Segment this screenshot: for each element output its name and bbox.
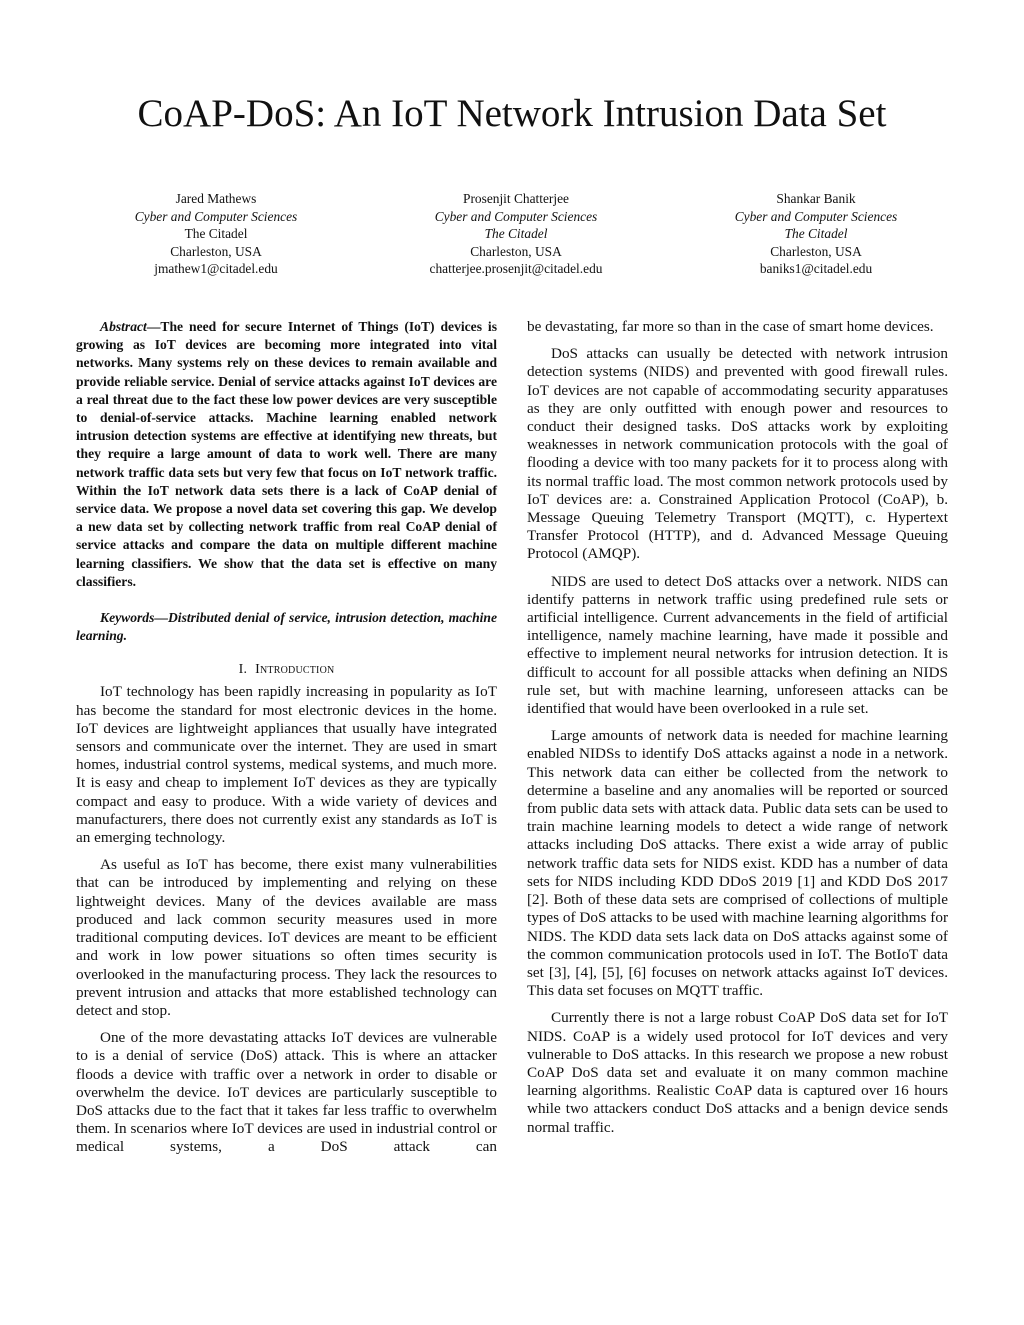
author-name: Prosenjit Chatterjee [366,190,666,208]
intro-paragraph-7: Currently there is not a large robust Co… [527,1009,948,1136]
paper-title: CoAP-DoS: An IoT Network Intrusion Data … [0,88,1024,140]
author-department: Cyber and Computer Sciences [666,208,966,226]
intro-paragraph-1: IoT technology has been rapidly increasi… [76,683,497,847]
section-number: I. [239,662,248,677]
author-location: Charleston, USA [366,243,666,261]
intro-paragraph-2: As useful as IoT has become, there exist… [76,856,497,1020]
author-name: Jared Mathews [66,190,366,208]
author-location: Charleston, USA [66,243,366,261]
abstract-text: The need for secure Internet of Things (… [76,319,497,589]
author-email: chatterjee.prosenjit@citadel.edu [366,260,666,278]
section-heading-introduction: I.Introduction [76,661,497,679]
section-title: Introduction [255,662,334,677]
author-name: Shankar Banik [666,190,966,208]
intro-paragraph-5: NIDS are used to detect DoS attacks over… [527,573,948,719]
author-3: Shankar Banik Cyber and Computer Science… [666,190,966,278]
author-2: Prosenjit Chatterjee Cyber and Computer … [366,190,666,278]
intro-paragraph-3-continued: be devastating, far more so than in the … [527,318,948,336]
abstract-label: Abstract [100,319,147,334]
author-location: Charleston, USA [666,243,966,261]
author-email: baniks1@citadel.edu [666,260,966,278]
author-email: jmathew1@citadel.edu [66,260,366,278]
author-block: Jared Mathews Cyber and Computer Science… [66,190,966,278]
abstract: Abstract—The need for secure Internet of… [76,318,497,591]
author-1: Jared Mathews Cyber and Computer Science… [66,190,366,278]
keywords-label: Keywords [100,610,154,625]
author-institution: The Citadel [666,225,966,243]
author-department: Cyber and Computer Sciences [66,208,366,226]
author-department: Cyber and Computer Sciences [366,208,666,226]
intro-paragraph-4: DoS attacks can usually be detected with… [527,345,948,563]
keywords: Keywords—Distributed denial of service, … [76,609,497,645]
author-institution: The Citadel [366,225,666,243]
right-column: be devastating, far more so than in the … [527,318,948,1146]
keywords-dash: — [154,610,168,625]
intro-paragraph-6: Large amounts of network data is needed … [527,727,948,1000]
abstract-dash: — [147,319,161,334]
intro-paragraph-3: One of the more devastating attacks IoT … [76,1029,497,1156]
author-institution: The Citadel [66,225,366,243]
left-column: Abstract—The need for secure Internet of… [76,318,497,1166]
